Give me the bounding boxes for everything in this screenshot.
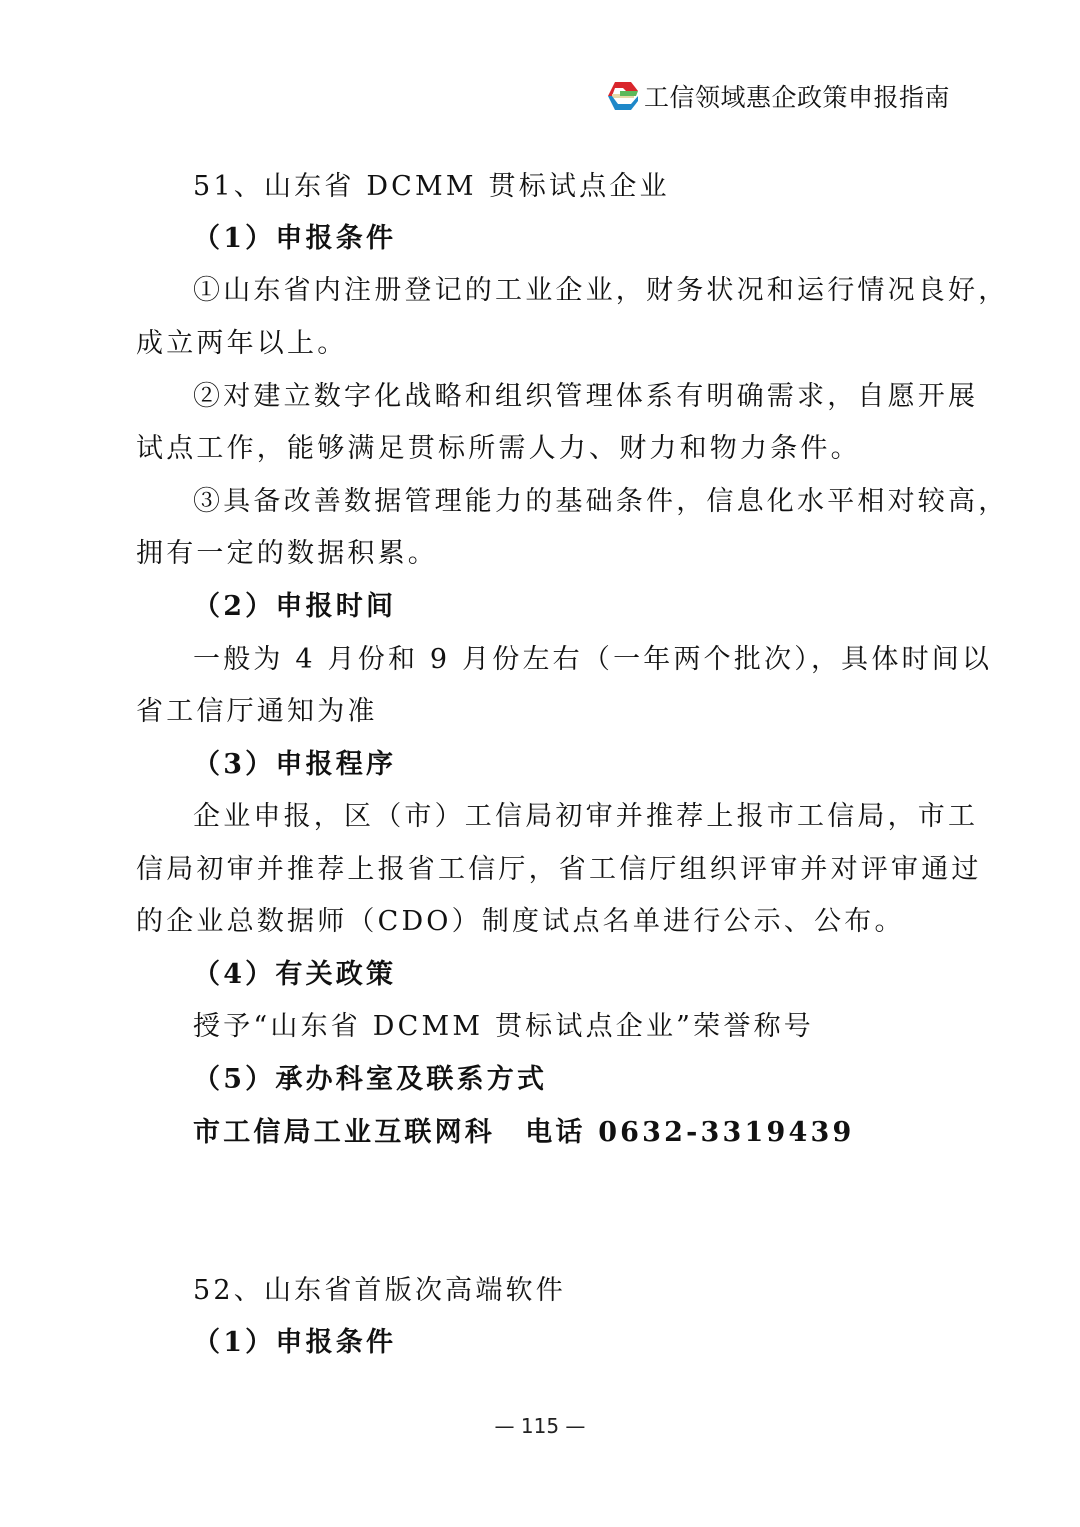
paragraph-line: 企业申报，区（市）工信局初审并推荐上报市工信局，市工 (193, 797, 978, 837)
paragraph-line: 试点工作，能够满足贯标所需人力、财力和物力条件。 (136, 429, 861, 469)
subsection-heading: （5）承办科室及联系方式 (193, 1060, 547, 1100)
document-header: 工信领域惠企政策申报指南 (606, 78, 950, 114)
paragraph-line: 授予“山东省 DCMM 贯标试点企业”荣誉称号 (193, 1007, 814, 1047)
paragraph-line: 一般为 4 月份和 9 月份左右（一年两个批次），具体时间以 (193, 640, 992, 680)
page-number: — 115 — (0, 1414, 1080, 1438)
subsection-heading: （2）申报时间 (193, 587, 396, 627)
ministry-logo-icon (606, 79, 640, 113)
subsection-heading: （4）有关政策 (193, 955, 396, 995)
paragraph-line: ①山东省内注册登记的工业企业，财务状况和运行情况良好， (193, 271, 1008, 311)
section-title: 51、山东省 DCMM 贯标试点企业 (193, 167, 670, 207)
section-title: 52、山东省首版次高端软件 (193, 1271, 566, 1311)
paragraph-line: 信局初审并推荐上报省工信厅，省工信厅组织评审并对评审通过 (136, 850, 982, 890)
paragraph-line: 省工信厅通知为准 (136, 692, 378, 732)
subsection-heading: （1）申报条件 (193, 1323, 396, 1363)
paragraph-line: 成立两年以上。 (136, 324, 347, 364)
header-title: 工信领域惠企政策申报指南 (644, 78, 950, 114)
paragraph-line: ②对建立数字化战略和组织管理体系有明确需求，自愿开展 (193, 377, 978, 417)
subsection-heading: （3）申报程序 (193, 745, 396, 785)
paragraph-line: ③具备改善数据管理能力的基础条件，信息化水平相对较高， (193, 482, 1008, 522)
subsection-heading: （1）申报条件 (193, 219, 396, 259)
paragraph-line: 拥有一定的数据积累。 (136, 534, 438, 574)
paragraph-line: 的企业总数据师（CDO）制度试点名单进行公示、公布。 (136, 902, 905, 942)
contact-line: 市工信局工业互联网科 电话 0632-3319439 (193, 1113, 854, 1153)
